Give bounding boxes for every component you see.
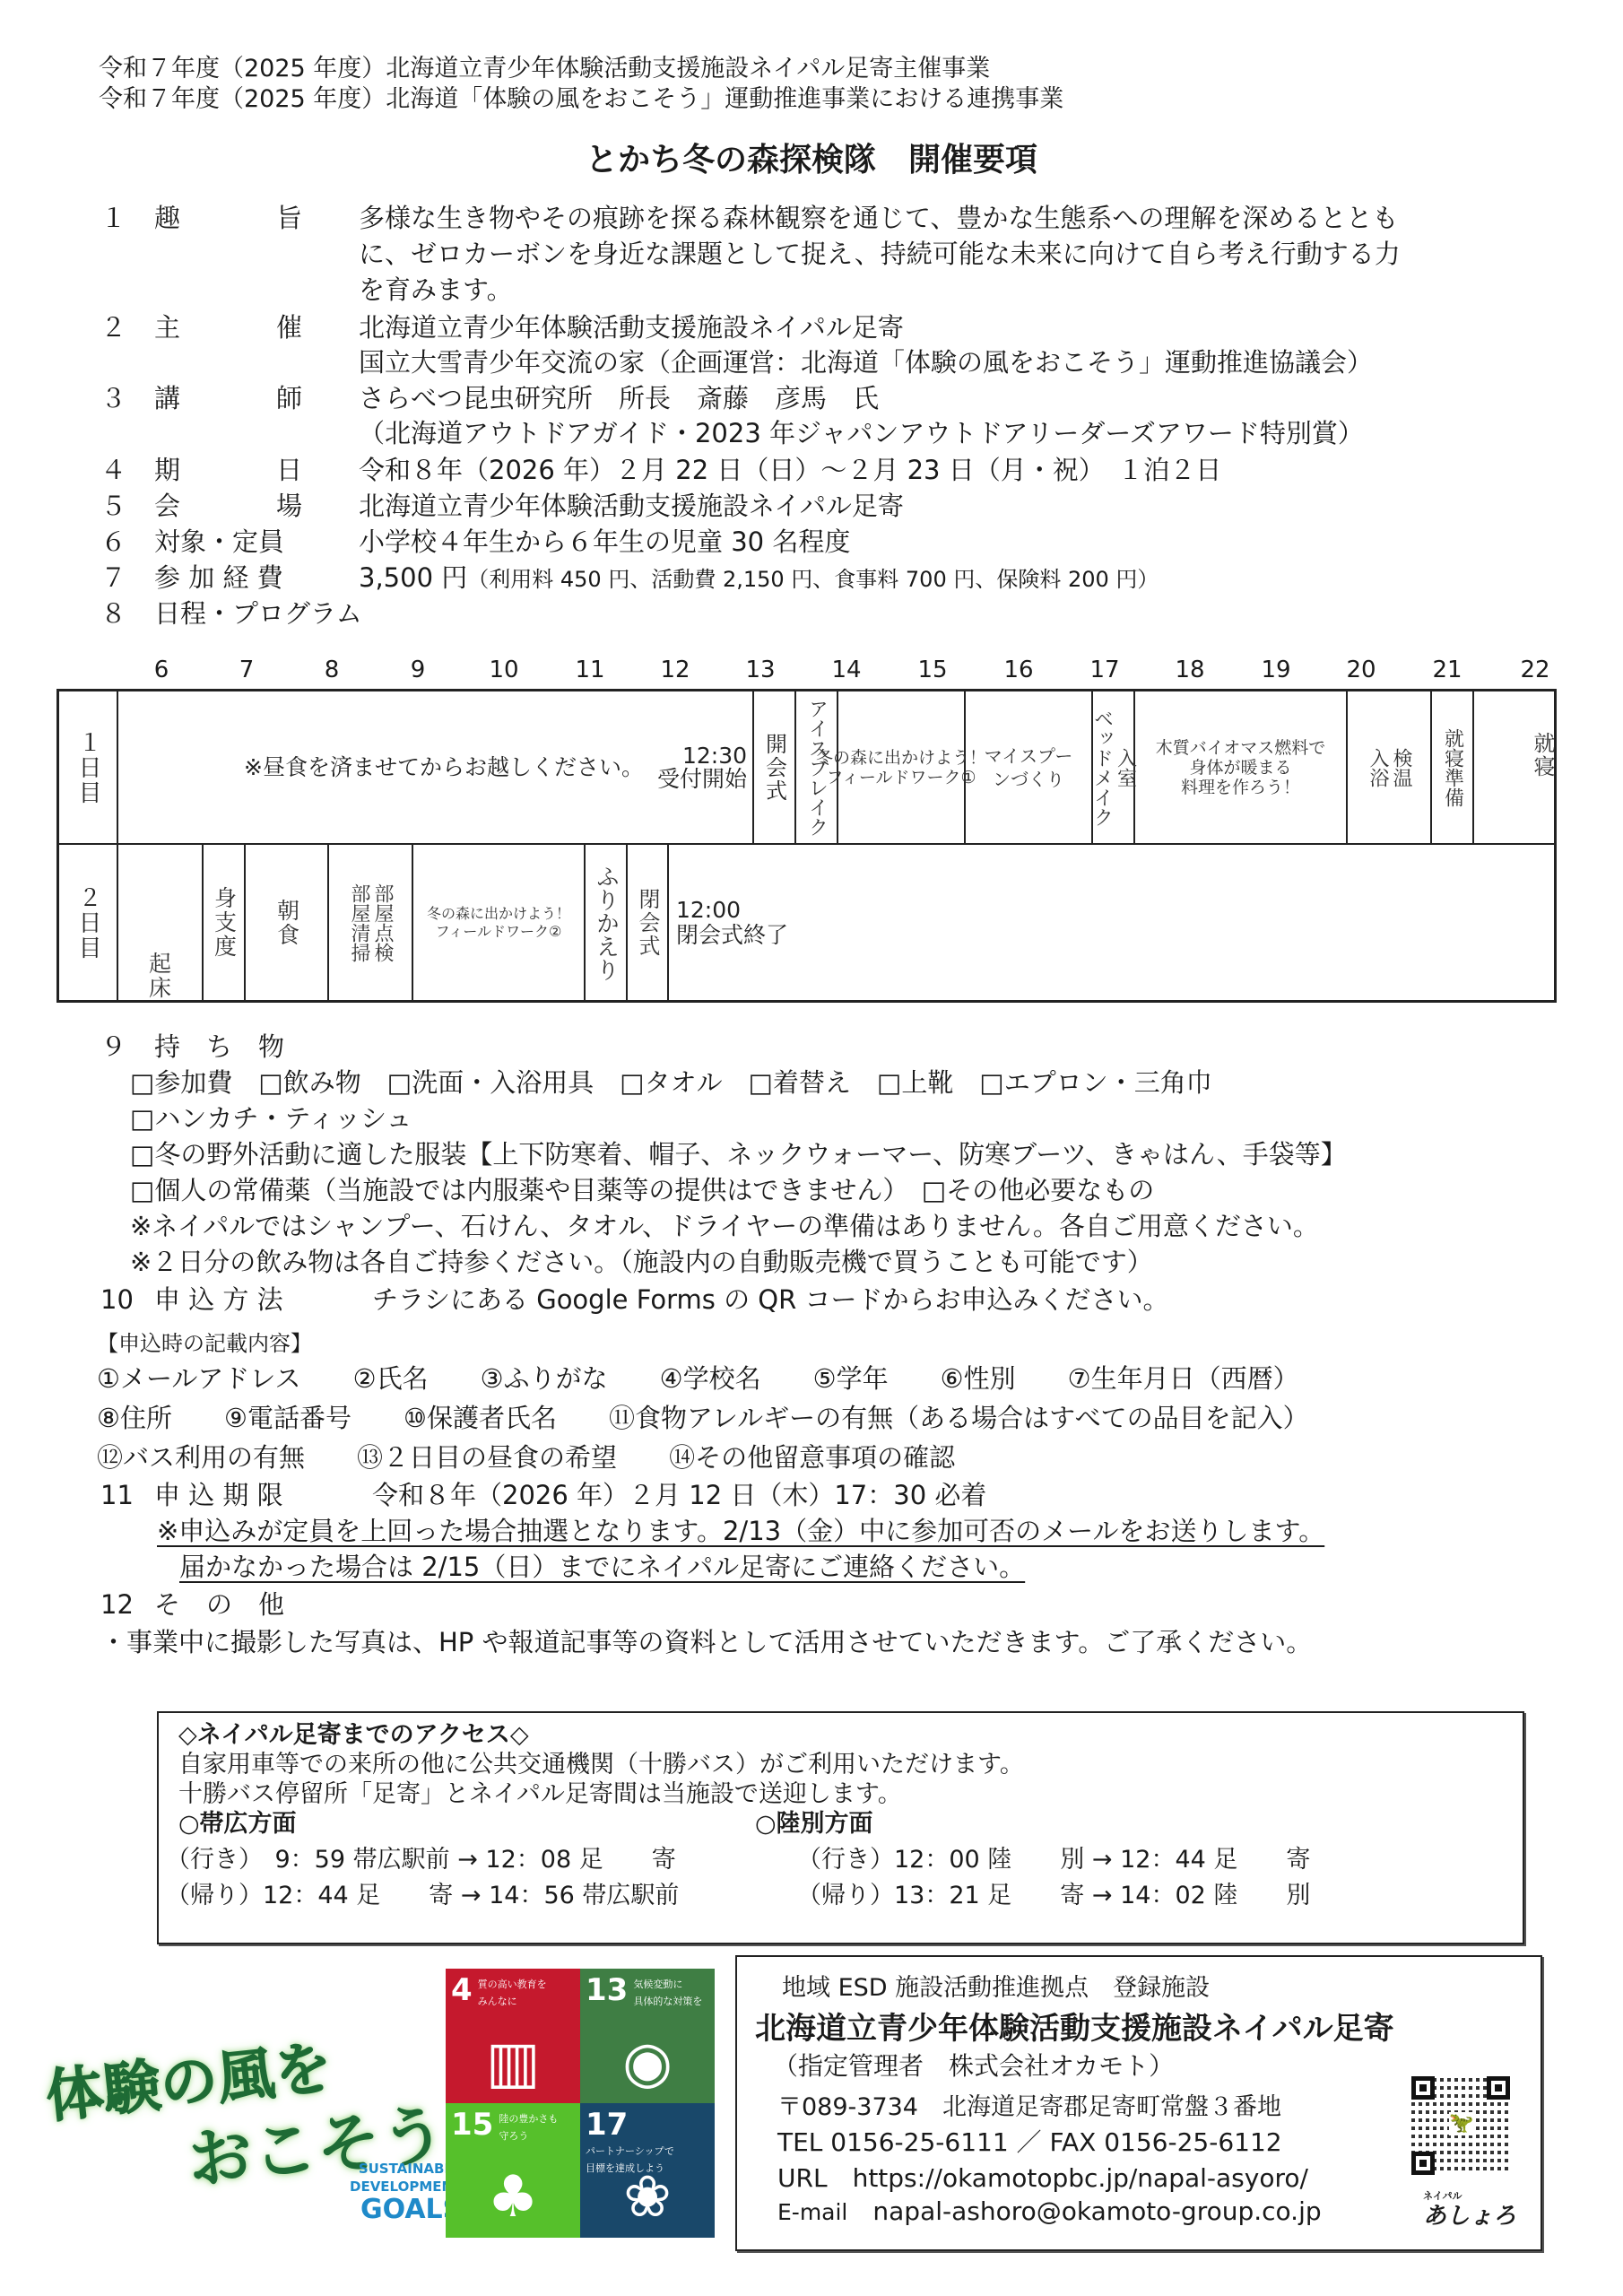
day1-my-spoon: マイスプーンづくり <box>966 691 1093 843</box>
napal-ashoro-logo: ネイパル あしょろ <box>1423 2188 1522 2242</box>
access-title: ◇ネイパル足寄までのアクセス◇ <box>178 1720 529 1750</box>
access-box: ◇ネイパル足寄までのアクセス◇ 自家用車等での来所の他に公共交通機関（十勝バス）… <box>157 1711 1524 1944</box>
application-fields-title: 【申込時の記載内容】 <box>97 1326 312 1357</box>
section-6-target: 小学校４年生から６年生の児童 30 名程度 <box>359 525 850 559</box>
rikubetsu-go: （行き）12：00 陸 別 → 12：44 足 寄 <box>797 1845 1310 1874</box>
day1-opening-ceremony: 開会式 <box>754 691 796 843</box>
application-fields-row-2: ⑧住所 ⑨電話番号 ⑩保護者氏名 ⑪食物アレルギーの有無（ある場合はすべての品目… <box>97 1401 1309 1435</box>
obihiro-go: （行き） 9：59 帯広駅前 → 12：08 足 寄 <box>166 1845 676 1874</box>
section-3-instructor: さらべつ昆虫研究所 所長 斎藤 彦馬 氏 <box>359 381 879 415</box>
facility-email: E-mail napal-ashoro@okamoto-group.co.jp <box>777 2192 1322 2228</box>
other-photo-notice: ・事業中に撮影した写真は、HP や報道記事等の資料として活用させていただきます。… <box>100 1625 1312 1659</box>
section-12-number: 12 <box>100 1587 134 1622</box>
room-entry-label: 入室 <box>1114 748 1137 787</box>
section-3-instructor-note: （北海道アウトドアガイド・2023 年ジャパンアウトドアリーダーズアワード特別賞… <box>359 416 1364 450</box>
section-4-date: 令和８年（2026 年）２月 22 日（日）～２月 23 日（月・祝） １泊２日 <box>359 453 1221 487</box>
obihiro-title: ○帯広方面 <box>178 1809 297 1839</box>
section-2-number: ２ <box>100 310 126 344</box>
application-method: チラシにある Google Forms の QR コードからお申込みください。 <box>372 1283 1169 1317</box>
section-1-text-line-2: に、ゼロカーボンを身近な課題として捉え、持続可能な未来に向けて自ら考え行動する力 <box>359 237 1401 271</box>
day1-bed-prep: 就寝準備 <box>1432 691 1474 843</box>
access-line-2: 十勝バス停留所「足寄」とネイパル足寄間は当施設で送迎します。 <box>178 1779 902 1809</box>
facility-name: 北海道立青少年体験活動支援施設ネイパル足寄 <box>755 2004 1394 2048</box>
day1-biomass-cooking: 木質バイオマス燃料で 身体が暖まる 料理を作ろう！ <box>1135 691 1348 843</box>
section-3-label: 講師 <box>154 381 302 415</box>
day2-wake-up: 起床 <box>118 845 204 1000</box>
section-8-label: 日程・プログラム <box>154 596 362 631</box>
facility-manager: （指定管理者 株式会社オカモト） <box>773 2047 1174 2083</box>
qr-code[interactable]: 🦖 <box>1411 2076 1510 2175</box>
facility-url: URL https://okamotopbc.jp/napal-asyoro/ <box>777 2159 1308 2195</box>
header-line-1: 令和７年度（2025 年度）北海道立青少年体験活動支援施設ネイパル足寄主催事業 <box>99 54 990 84</box>
fee-breakdown: （利用料 450 円、活動費 2,150 円、食事料 700 円、保険料 200… <box>467 567 1159 592</box>
bedmake-label: ベッドメイク <box>1090 709 1114 827</box>
sdg-15-tile: 15陸の豊かさも 守ろう ♣ <box>446 2103 580 2238</box>
day2-closing-ceremony: 閉会式 <box>628 845 669 1000</box>
day1-bedmake-room: ベッドメイク 入室 <box>1093 691 1135 843</box>
section-9-number: ９ <box>100 1030 126 1064</box>
belongings-checklist-2: □ハンカチ・ティッシュ <box>130 1101 412 1135</box>
section-11-label: 申 込 期 限 <box>154 1478 283 1512</box>
section-5-number: ５ <box>100 489 126 523</box>
esd-label: 地域 ESD 施設活動推進拠点 登録施設 <box>782 1968 1210 2003</box>
sdg-13-tile: 13気候変動に 具体的な対策を ◉ <box>580 1969 715 2103</box>
rikubetsu-title: ○陸別方面 <box>755 1809 873 1839</box>
obihiro-back: （帰り）12：44 足 寄 → 14：56 帯広駅前 <box>166 1881 679 1910</box>
section-5-venue: 北海道立青少年体験活動支援施設ネイパル足寄 <box>359 489 904 523</box>
facility-tel-fax: TEL 0156-25-6111 ／ FAX 0156-25-6112 <box>777 2123 1282 2159</box>
header-line-2: 令和７年度（2025 年度）北海道「体験の風をおこそう」運動推進事業における連携… <box>99 84 1063 115</box>
day1-bath-check: 入浴 検温 <box>1348 691 1432 843</box>
belongings-checklist-4: □個人の常備薬（当施設では内服薬や目薬等の提供はできません） □その他必要なもの <box>130 1173 1154 1207</box>
section-2-organizer: 北海道立青少年体験活動支援施設ネイパル足寄 <box>359 310 904 344</box>
fee-total: 3,500 円 <box>359 562 467 593</box>
room-check-label: 部屋点検 <box>370 883 394 962</box>
deadline-note-1: ※申込みが定員を上回った場合抽選となります。2/13（金）中に参加可否のメールを… <box>157 1514 1324 1548</box>
book-icon: ▥ <box>446 2031 580 2094</box>
day1-sleep: 就寝 <box>1474 691 1554 843</box>
day2-getting-ready: 身支度 <box>204 845 246 1000</box>
section-1-text-line-1: 多様な生き物やその痕跡を探る森林観察を通じて、豊かな生態系への理解を深めるととも <box>359 201 1398 235</box>
eye-globe-icon: ◉ <box>580 2031 715 2094</box>
facility-info-box: 地域 ESD 施設活動推進拠点 登録施設 北海道立青少年体験活動支援施設ネイパル… <box>735 1955 1542 2251</box>
section-7-number: ７ <box>100 561 126 595</box>
room-clean-label: 部屋清掃 <box>347 883 370 962</box>
facility-url-link[interactable]: https://okamotopbc.jp/napal-asyoro/ <box>853 2163 1308 2193</box>
section-9-label: 持 ち 物 <box>154 1030 284 1064</box>
section-4-label: 期日 <box>154 453 302 487</box>
section-7-label: 参 加 経 費 <box>154 561 283 595</box>
belongings-note-1: ※ネイパルではシャンプー、石けん、タオル、ドライヤーの準備はありません。各自ご用… <box>130 1209 1319 1243</box>
section-6-number: ６ <box>100 525 126 559</box>
facility-email-link[interactable]: napal-ashoro@okamoto-group.co.jp <box>872 2196 1321 2226</box>
section-6-label: 対象・定員 <box>154 525 284 559</box>
section-5-label: 会場 <box>154 489 302 523</box>
tree-icon: ♣ <box>446 2166 580 2229</box>
rikubetsu-back: （帰り）13：21 足 寄 → 14：02 陸 別 <box>797 1881 1310 1910</box>
deadline-value: 令和８年（2026 年）２月 12 日（木）17：30 必着 <box>372 1478 986 1512</box>
day2-room-clean-check: 部屋清掃 部屋点検 <box>329 845 413 1000</box>
day2-label: ２日目 <box>59 845 118 1000</box>
section-2-coorganizer: 国立大雪青少年交流の家（企画運営：北海道「体験の風をおこそう」運動推進協議会） <box>359 345 1373 379</box>
day1-fieldwork-1: 冬の森に出かけよう！ フィールドワーク① <box>838 691 966 843</box>
section-4-number: ４ <box>100 453 126 487</box>
partnership-rings-icon: ❀ <box>580 2166 715 2229</box>
day2-reflection: ふりかえり <box>586 845 628 1000</box>
access-line-1: 自家用車等での来所の他に公共交通機関（十勝バス）がご利用いただけます。 <box>178 1750 1024 1779</box>
bath-label: 入浴 <box>1366 748 1389 787</box>
section-1-label: 趣旨 <box>154 201 302 235</box>
application-fields-row-1: ①メールアドレス ②氏名 ③ふりがな ④学校名 ⑤学年 ⑥性別 ⑦生年月日（西暦… <box>97 1361 1299 1396</box>
day1-reception: 12:30 受付開始 <box>597 691 754 843</box>
day1-label: １日目 <box>59 691 118 843</box>
day2-fieldwork-2: 冬の森に出かけよう！ フィールドワーク② <box>413 845 586 1000</box>
section-2-label: 主催 <box>154 310 302 344</box>
section-7-fee: 3,500 円（利用料 450 円、活動費 2,150 円、食事料 700 円、… <box>359 561 1159 596</box>
deadline-note-2: 届かなかった場合は 2/15（日）までにネイパル足寄にご連絡ください。 <box>179 1550 1025 1584</box>
day2-breakfast: 朝食 <box>246 845 329 1000</box>
section-10-label: 申 込 方 法 <box>154 1283 283 1317</box>
section-8-number: ８ <box>100 596 126 631</box>
belongings-checklist-1: □参加費 □飲み物 □洗面・入浴用具 □タオル □着替え □上靴 □エプロン・三… <box>130 1065 1212 1100</box>
day2-end: 12:00 閉会式終了 <box>669 845 1554 1000</box>
belongings-checklist-3: □冬の野外活動に適した服装【上下防寒着、帽子、ネックウォーマー、防寒ブーツ、きゃ… <box>130 1137 1347 1171</box>
temp-check-label: 検温 <box>1389 748 1412 787</box>
section-10-number: 10 <box>100 1283 134 1317</box>
sdg-4-tile: 4質の高い教育を みんなに ▥ <box>446 1969 580 2103</box>
page-title: とかち冬の森探検隊 開催要項 <box>0 135 1623 180</box>
section-12-label: そ の 他 <box>154 1587 284 1622</box>
section-1-number: １ <box>100 201 126 235</box>
application-fields-row-3: ⑫バス利用の有無 ⑬２日目の昼食の希望 ⑭その他留意事項の確認 <box>97 1440 955 1474</box>
dinosaur-icon: 🦖 <box>1449 2112 1472 2135</box>
section-1-text-line-3: を育みます。 <box>359 273 513 307</box>
belongings-note-2: ※２日分の飲み物は各自ご持参ください。（施設内の自動販売機で買うことも可能です） <box>130 1245 1153 1279</box>
section-11-number: 11 <box>100 1478 134 1512</box>
sdg-17-tile: 17パートナーシップで 目標を達成しよう ❀ <box>580 2103 715 2238</box>
schedule-table: １日目 ※昼食を済ませてからお越しください。 12:30 受付開始 開会式 アイ… <box>56 689 1557 1003</box>
section-3-number: ３ <box>100 381 126 415</box>
facility-address: 〒089-3734 北海道足寄郡足寄町常盤３番地 <box>777 2087 1281 2122</box>
